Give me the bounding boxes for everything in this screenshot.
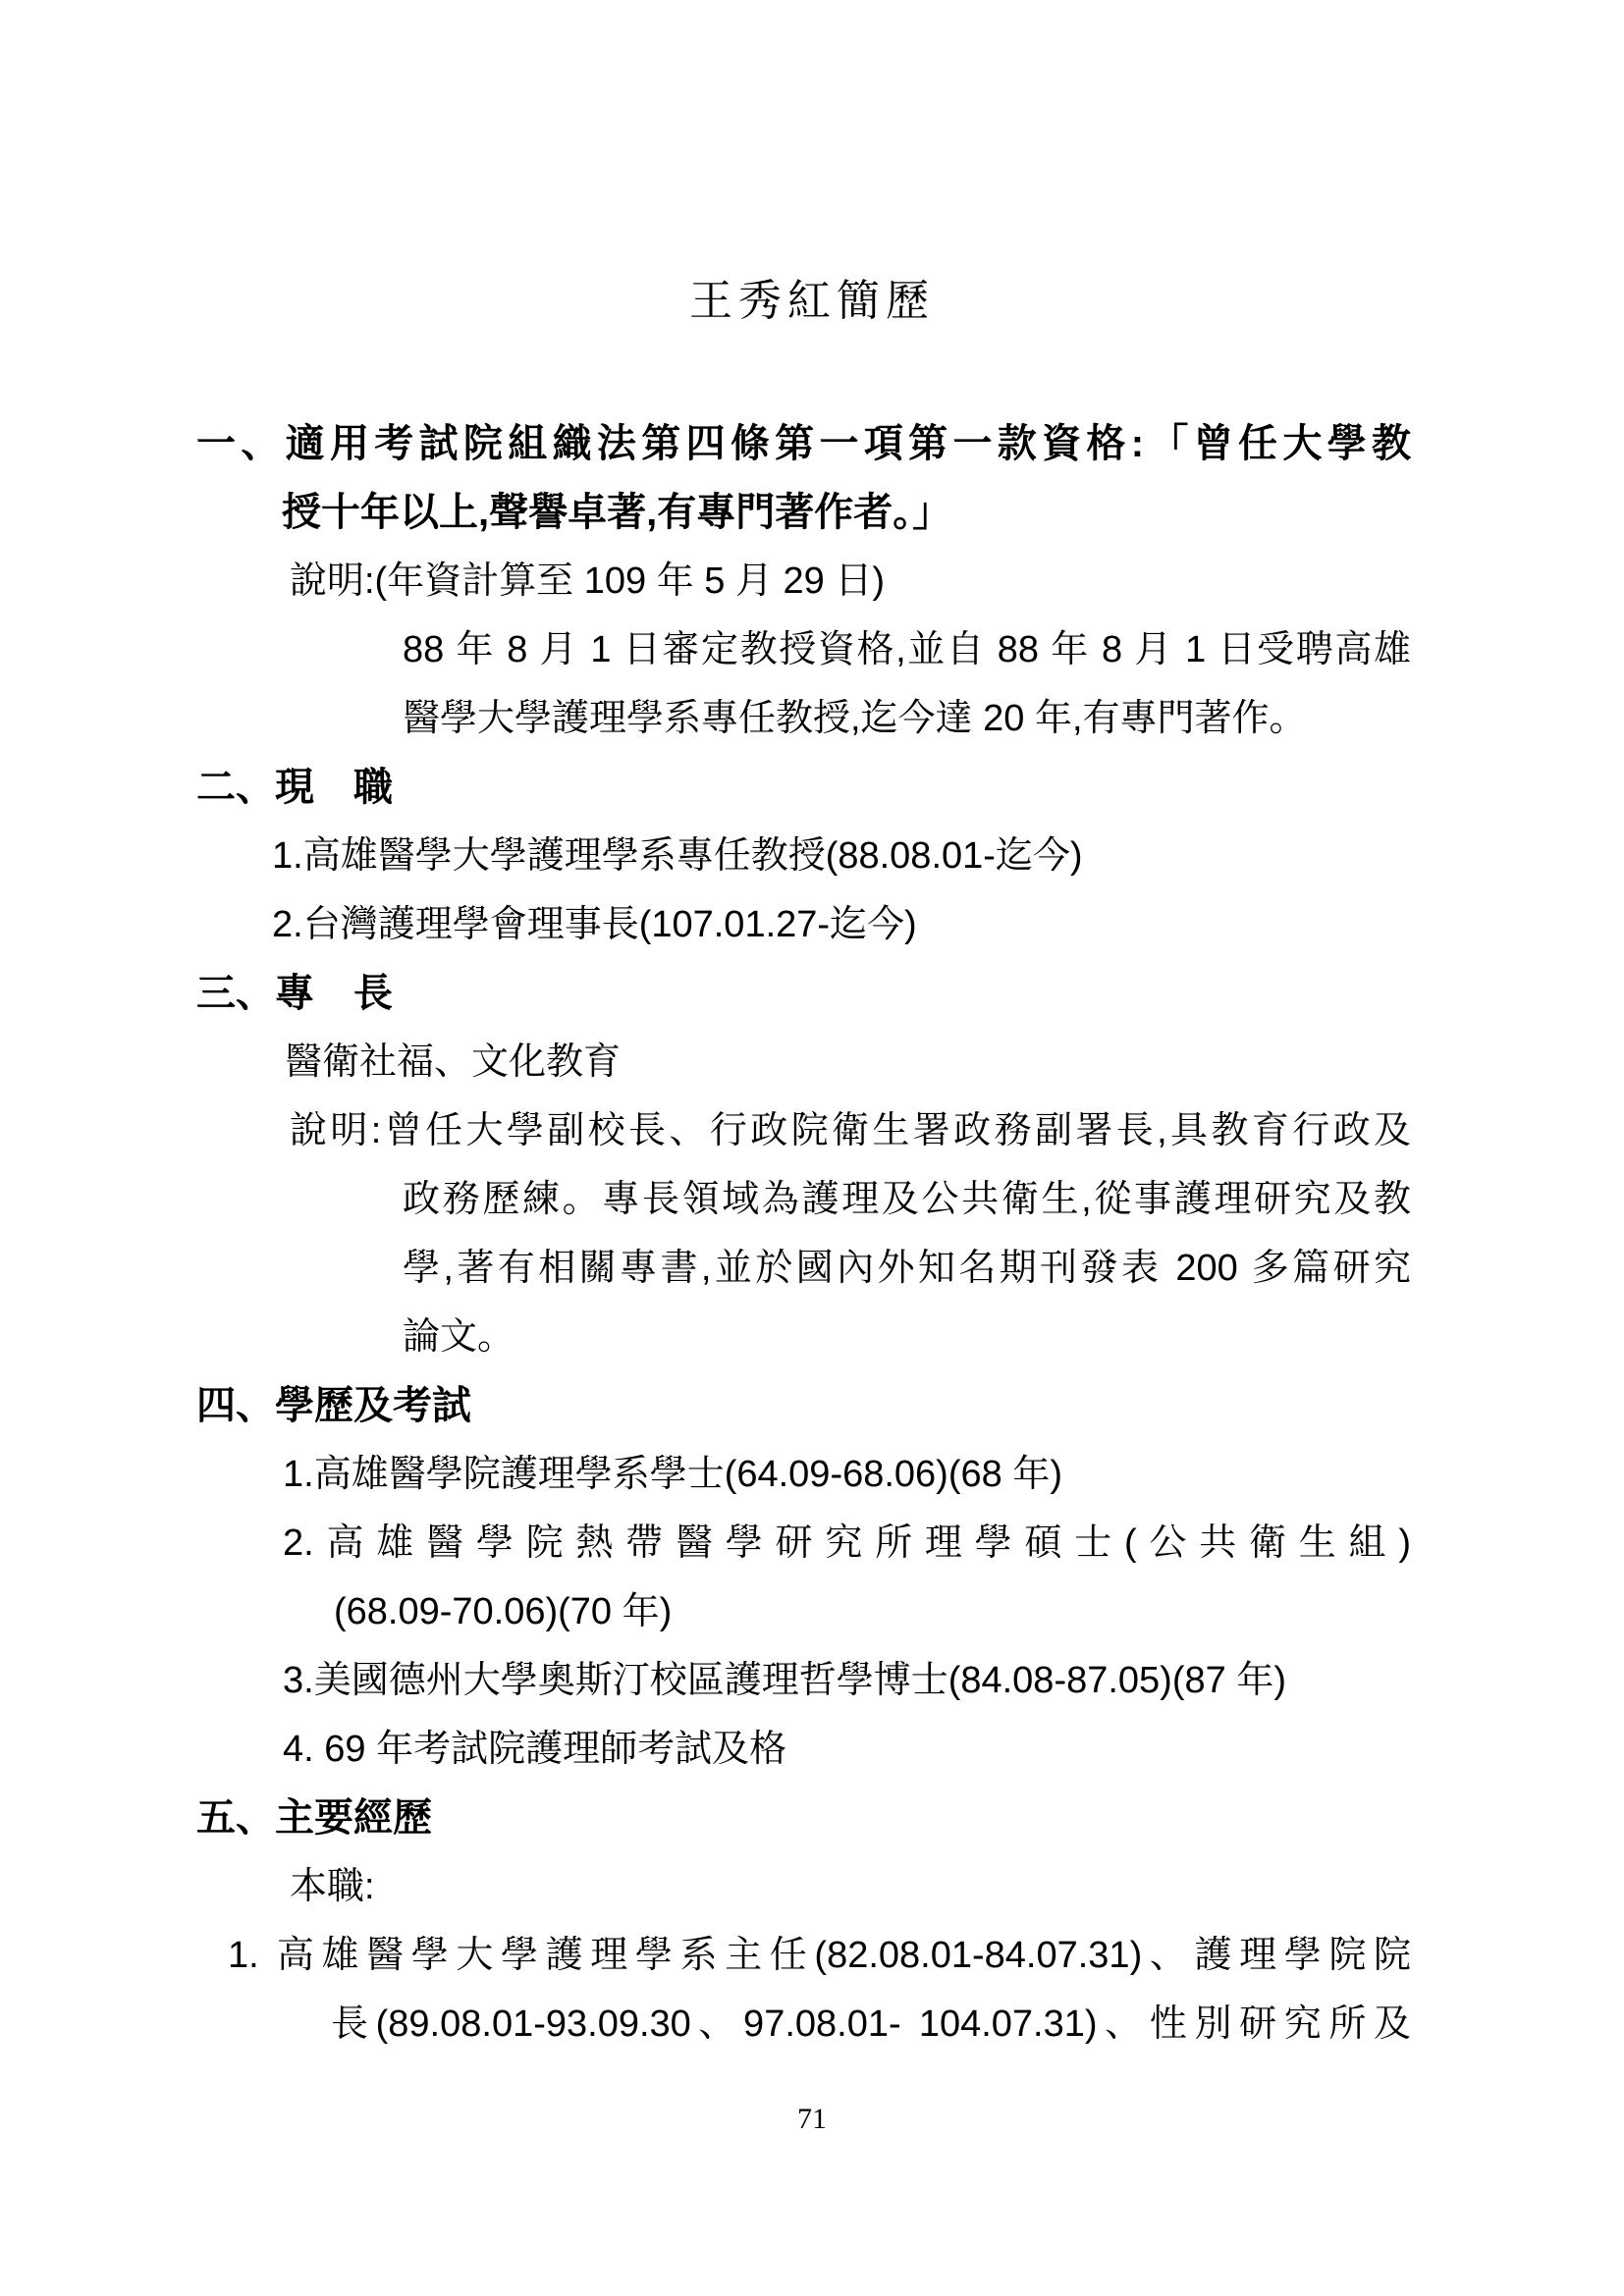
section-3-note-line-4: 論文。: [196, 1303, 1411, 1371]
document-page: 王秀紅簡歷 一、適用考試院組織法第四條第一項第一款資格:「曾任大學教 授十年以上…: [0, 0, 1624, 2296]
section-3-note-line-1: 說明:曾任大學副校長、行政院衛生署政務副署長,具教育行政及: [196, 1096, 1411, 1165]
section-5-item-1-line-1: 1. 高雄醫學大學護理學系主任(82.08.01-84.07.31)、護理學院院: [196, 1921, 1411, 1990]
section-3-fields: 醫衛社福、文化教育: [196, 1028, 1411, 1096]
section-4-item-2-line-2: (68.09-70.06)(70 年): [196, 1577, 1411, 1646]
page-title: 王秀紅簡歷: [0, 267, 1624, 336]
section-4-heading: 四、學歷及考試: [196, 1371, 1411, 1440]
section-4-item-2-line-1: 2.高雄醫學院熱帶醫學研究所理學碩士(公共衛生組): [196, 1509, 1411, 1577]
section-1-note-line-3: 醫學大學護理學系專任教授,迄今達 20 年,有專門著作。: [196, 684, 1411, 753]
section-4-item-1: 1.高雄醫學院護理學系學士(64.09-68.06)(68 年): [196, 1440, 1411, 1509]
section-2-item-2: 2.台灣護理學會理事長(107.01.27-迄今): [196, 890, 1411, 959]
section-5-heading: 五、主要經歷: [196, 1784, 1411, 1852]
section-3-note-line-3: 學,著有相關專書,並於國內外知名期刊發表 200 多篇研究: [196, 1234, 1411, 1303]
section-1-heading-line-2: 授十年以上,聲譽卓著,有專門著作者。」: [196, 478, 1411, 547]
section-1-heading-line-1: 一、適用考試院組織法第四條第一項第一款資格:「曾任大學教: [196, 409, 1411, 478]
section-5-subheading: 本職:: [196, 1852, 1411, 1921]
section-5-item-1-line-2: 長(89.08.01-93.09.30、97.08.01- 104.07.31)…: [196, 1990, 1411, 2058]
section-2-item-1: 1.高雄醫學大學護理學系專任教授(88.08.01-迄今): [196, 822, 1411, 890]
page-number: 71: [0, 2099, 1624, 2140]
section-3-note-line-2: 政務歷練。專長領域為護理及公共衛生,從事護理研究及教: [196, 1165, 1411, 1234]
section-1-note-line-1: 說明:(年資計算至 109 年 5 月 29 日): [196, 547, 1411, 615]
section-3-heading: 三、專 長: [196, 959, 1411, 1028]
section-2-heading: 二、現 職: [196, 753, 1411, 822]
section-4-item-3: 3.美國德州大學奧斯汀校區護理哲學博士(84.08-87.05)(87 年): [196, 1646, 1411, 1715]
document-body: 一、適用考試院組織法第四條第一項第一款資格:「曾任大學教 授十年以上,聲譽卓著,…: [196, 409, 1411, 2058]
section-1-note-line-2: 88 年 8 月 1 日審定教授資格,並自 88 年 8 月 1 日受聘高雄: [196, 615, 1411, 684]
section-4-item-4: 4. 69 年考試院護理師考試及格: [196, 1715, 1411, 1784]
